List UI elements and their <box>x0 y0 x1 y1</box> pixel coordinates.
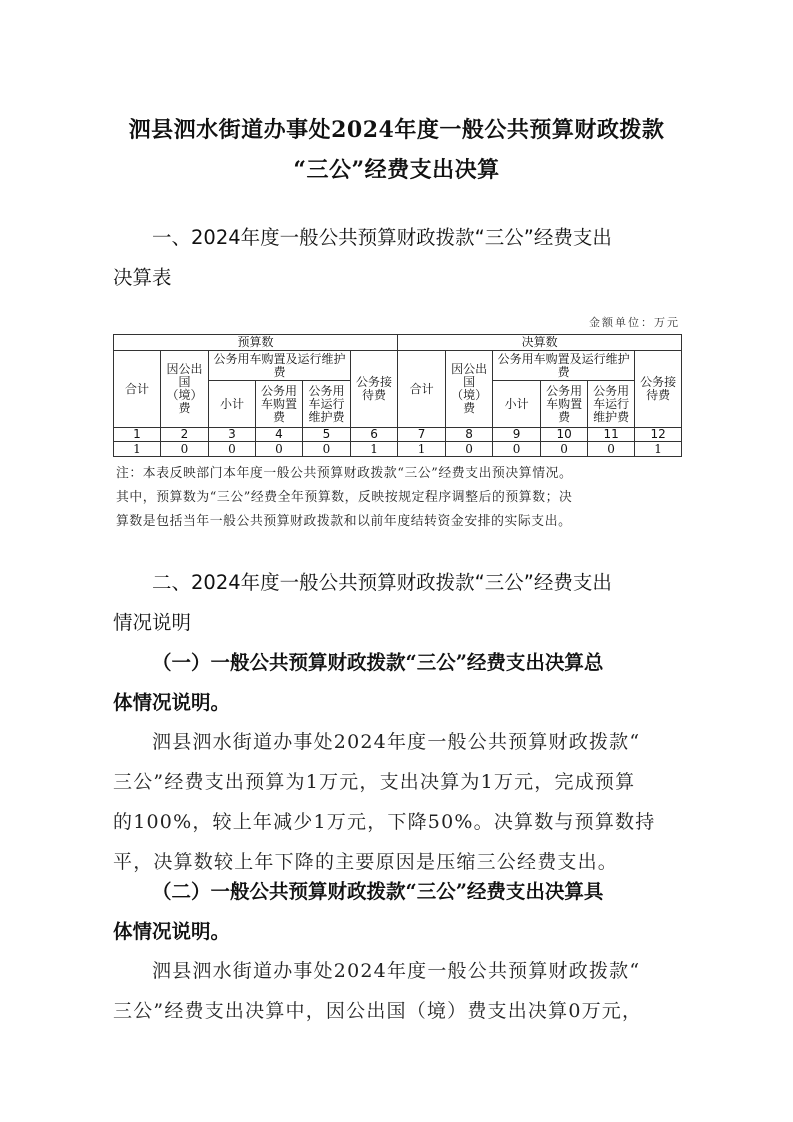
column-number: 8 <box>446 428 493 442</box>
budget-vehicle-operation-header: 公务用车运行维护费 <box>303 381 351 428</box>
column-number: 6 <box>351 428 398 442</box>
final-subtotal-header: 小计 <box>493 381 541 428</box>
final-overseas-header: 因公出国（境）费 <box>446 351 493 428</box>
column-number: 1 <box>114 428 161 442</box>
value-cell: 0 <box>541 442 588 457</box>
note-line: 其中，预算数为“三公”经费全年预算数，反映按规定程序调整后的预算数；决 <box>116 486 686 510</box>
column-number: 10 <box>541 428 588 442</box>
final-vehicle-purchase-header: 公务用车购置费 <box>541 381 588 428</box>
budget-vehicle-purchase-header: 公务用车购置费 <box>256 381 303 428</box>
three-public-expenses-table: 预算数 决算数 合计 因公出国（境）费 公务用车购置及运行维护费 公务接待费 合… <box>113 334 682 457</box>
column-number: 3 <box>209 428 256 442</box>
group-header-row: 预算数 决算数 <box>114 335 682 351</box>
value-cell: 1 <box>351 442 398 457</box>
final-reception-header: 公务接待费 <box>635 351 682 428</box>
value-cell: 1 <box>398 442 446 457</box>
value-cell: 0 <box>209 442 256 457</box>
column-number: 7 <box>398 428 446 442</box>
value-cell: 1 <box>635 442 682 457</box>
value-cell: 0 <box>446 442 493 457</box>
column-number-row: 1 2 3 4 5 6 7 8 9 10 11 12 <box>114 428 682 442</box>
section1-heading-line2: 决算表 <box>113 262 172 290</box>
section2-heading-line1: 二、2024年度一般公共预算财政拨款“三公”经费支出 <box>152 567 612 595</box>
value-cell: 1 <box>114 442 161 457</box>
note-line: 算数是包括当年一般公共预算财政拨款和以前年度结转资金安排的实际支出。 <box>116 510 686 534</box>
budget-subtotal-header: 小计 <box>209 381 256 428</box>
amount-unit-label: 金额单位：万元 <box>589 314 680 330</box>
value-cell: 0 <box>303 442 351 457</box>
document-title-line1: 泗县泗水街道办事处2024年度一般公共预算财政拨款 <box>0 113 793 144</box>
subsection2-heading-line1: （二）一般公共预算财政拨款“三公”经费支出决算具 <box>152 876 603 904</box>
final-group-header: 决算数 <box>398 335 682 351</box>
column-number: 2 <box>161 428 209 442</box>
subsection2-paragraph-line: 三公”经费支出决算中，因公出国（境）费支出决算0万元， <box>113 996 642 1023</box>
value-cell: 0 <box>588 442 635 457</box>
column-number: 9 <box>493 428 541 442</box>
section2-heading-line2: 情况说明 <box>113 607 191 635</box>
table-note: 注：本表反映部门本年度一般公共预算财政拨款“三公”经费支出预决算情况。 其中，预… <box>116 462 686 534</box>
column-number: 5 <box>303 428 351 442</box>
budget-reception-header: 公务接待费 <box>351 351 398 428</box>
budget-vehicle-group-header: 公务用车购置及运行维护费 <box>209 351 351 381</box>
column-number: 11 <box>588 428 635 442</box>
subsection1-heading-line1: （一）一般公共预算财政拨款“三公”经费支出决算总 <box>152 647 603 675</box>
note-line: 注：本表反映部门本年度一般公共预算财政拨款“三公”经费支出预决算情况。 <box>116 462 686 486</box>
subsection1-paragraph-line: 平，决算数较上年下降的主要原因是压缩三公经费支出。 <box>113 847 618 874</box>
column-number: 4 <box>256 428 303 442</box>
budget-total-header: 合计 <box>114 351 161 428</box>
final-vehicle-operation-header: 公务用车运行维护费 <box>588 381 635 428</box>
value-row: 1 0 0 0 0 1 1 0 0 0 0 1 <box>114 442 682 457</box>
section1-heading-line1: 一、2024年度一般公共预算财政拨款“三公”经费支出 <box>152 222 612 250</box>
column-number: 12 <box>635 428 682 442</box>
value-cell: 0 <box>161 442 209 457</box>
budget-group-header: 预算数 <box>114 335 398 351</box>
final-vehicle-group-header: 公务用车购置及运行维护费 <box>493 351 635 381</box>
budget-overseas-header: 因公出国（境）费 <box>161 351 209 428</box>
subsection2-heading-line2: 体情况说明。 <box>113 916 230 944</box>
subsection1-paragraph-line: 泗县泗水街道办事处2024年度一般公共预算财政拨款“ <box>152 727 640 754</box>
document-title-line2: “三公”经费支出决算 <box>0 153 793 184</box>
value-cell: 0 <box>493 442 541 457</box>
subsection1-heading-line2: 体情况说明。 <box>113 687 230 715</box>
sub-header-row: 合计 因公出国（境）费 公务用车购置及运行维护费 公务接待费 合计 因公出国（境… <box>114 351 682 381</box>
final-total-header: 合计 <box>398 351 446 428</box>
subsection1-paragraph-line: 的100%，较上年减少1万元，下降50%。决算数与预算数持 <box>113 807 655 834</box>
subsection2-paragraph-line: 泗县泗水街道办事处2024年度一般公共预算财政拨款“ <box>152 956 640 983</box>
subsection1-paragraph-line: 三公”经费支出预算为1万元，支出决算为1万元，完成预算 <box>113 767 635 794</box>
value-cell: 0 <box>256 442 303 457</box>
